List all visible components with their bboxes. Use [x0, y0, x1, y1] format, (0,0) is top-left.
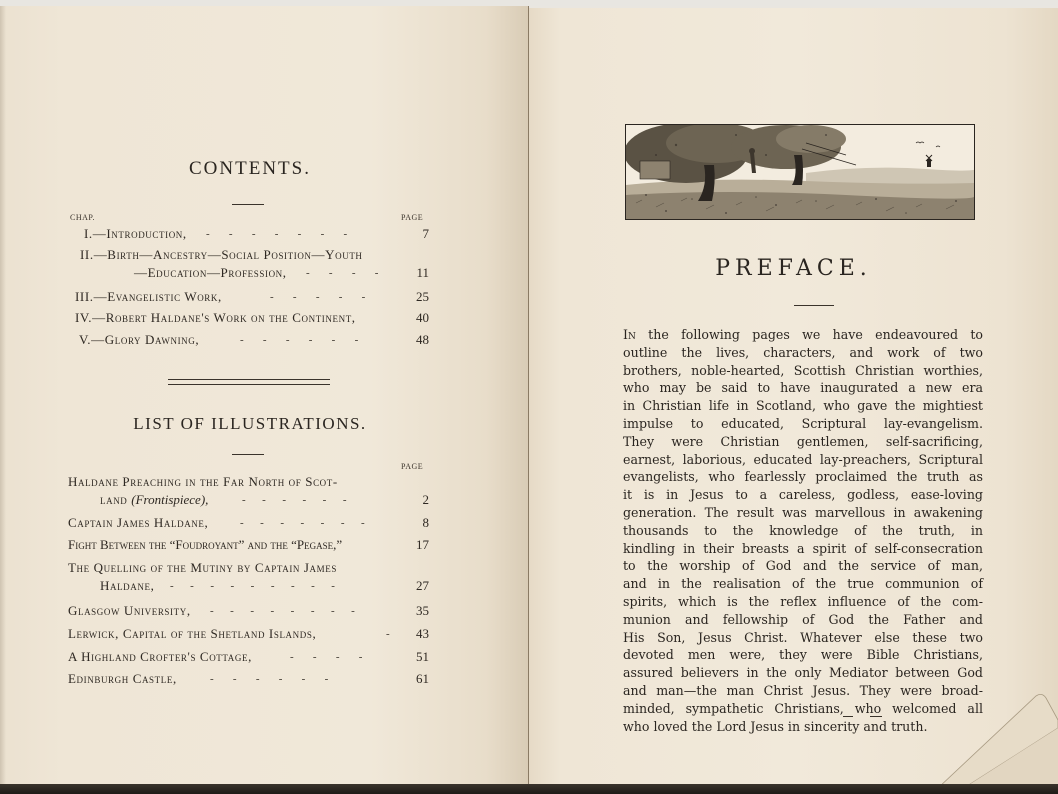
- landscape-illustration-icon: [626, 125, 974, 219]
- leader-dots: - - - -: [306, 267, 378, 279]
- preface-title: PREFACE.: [529, 256, 1058, 281]
- body-line: spirits, which is the reflex influence o…: [623, 593, 983, 611]
- illustrations-rule: [232, 454, 264, 455]
- printer-mark: [870, 716, 882, 717]
- leader-dots: - - - - -: [270, 291, 365, 303]
- illustration-title: Edinburgh Castle,: [68, 671, 177, 687]
- frontispiece-label: (Frontispiece),: [131, 492, 208, 507]
- page-edge-shadow: [0, 6, 6, 788]
- page-header: PAGE: [401, 213, 423, 222]
- leader-dots: - - - - - - -: [240, 517, 365, 529]
- landscape-engraving: [625, 124, 975, 220]
- illustration-page: 43: [399, 626, 429, 642]
- title-rule: [232, 204, 264, 205]
- illustration-title: The Quelling of the Mutiny by Captain Ja…: [68, 560, 337, 576]
- illustration-page: 35: [399, 603, 429, 619]
- illustration-title: Captain James Haldane,: [68, 515, 208, 531]
- printer-mark: [843, 716, 853, 717]
- leader-dots: -: [386, 628, 390, 640]
- illustration-title: Glasgow University,: [68, 603, 191, 619]
- illustration-page: 27: [399, 578, 429, 594]
- illustration-title: Haldane Preaching in the Far North of Sc…: [68, 474, 338, 490]
- toc-entry-page: 40: [399, 310, 429, 326]
- toc-entry-page: 11: [399, 265, 429, 281]
- body-line: devoted men were, they were Bible Christ…: [623, 646, 983, 664]
- body-line: In the following pages we have endeavour…: [623, 326, 983, 344]
- body-line: to the worship of God and the service of…: [623, 557, 983, 575]
- book-spread: CONTENTS. CHAP. PAGE I.—Introduction, - …: [0, 0, 1058, 794]
- body-line: munion and fellowship of God the Father …: [623, 611, 983, 629]
- toc-entry-title: I.—Introduction,: [84, 226, 187, 242]
- body-line: outline the lives, characters, and work …: [623, 344, 983, 362]
- preface-rule: [794, 305, 834, 306]
- illustration-page: 2: [399, 492, 429, 508]
- toc-entry-page: 7: [399, 226, 429, 242]
- leader-dots: - - - - - -: [210, 673, 328, 685]
- illustration-title-cont: land (Frontispiece),: [100, 492, 208, 508]
- leader-dots: - - - - - -: [240, 334, 358, 346]
- leader-dots: - - - -: [290, 651, 362, 663]
- toc-entry-title-cont: —Education—Profession,: [134, 265, 287, 281]
- body-line: who may be said to have inaugurated a ne…: [623, 379, 983, 397]
- body-line: assured believers in the only Mediator b…: [623, 664, 983, 682]
- illustration-page: 17: [399, 537, 429, 553]
- illustration-page: 61: [399, 671, 429, 687]
- toc-entry-title: II.—Birth—Ancestry—Social Position—Youth: [80, 247, 363, 263]
- leader-dots: - - - - - -: [242, 494, 346, 506]
- dropcap-word: In: [623, 327, 636, 342]
- contents-title: CONTENTS.: [0, 158, 500, 180]
- body-line: generation. The result was marvellous in…: [623, 504, 983, 522]
- illustration-page: 51: [399, 649, 429, 665]
- body-line: kindling in their breasts a spirit of se…: [623, 540, 983, 558]
- folded-corner-icon: [918, 688, 1058, 788]
- body-line: His Son, Jesus Christ. Whatever else the…: [623, 629, 983, 647]
- body-line: They were Christian gentlemen, self-sacr…: [623, 433, 983, 451]
- illustrations-page-header: PAGE: [401, 462, 423, 471]
- chap-header: CHAP.: [70, 213, 95, 222]
- toc-entry-title: IV.—Robert Haldane's Work on the Contine…: [75, 310, 356, 326]
- toc-entry-title: III.—Evangelistic Work,: [75, 289, 222, 305]
- body-line: thousands to the knowledge of the truth,…: [623, 522, 983, 540]
- leader-dots: - - - - - - -: [206, 228, 347, 240]
- illustration-title: Lerwick, Capital of the Shetland Islands…: [68, 626, 316, 642]
- body-line: brothers, noble-hearted, Scottish Christ…: [623, 362, 983, 380]
- body-line: earnest, laborious, educated lay-preache…: [623, 451, 983, 469]
- illustrations-title: LIST OF ILLUSTRATIONS.: [0, 414, 500, 434]
- illustration-title-cont: Haldane,: [100, 578, 154, 594]
- preface-body: In the following pages we have endeavour…: [623, 326, 983, 735]
- leader-dots: - - - - - - - -: [210, 605, 355, 617]
- illustration-title: Fight Between the “Foudroyant” and the “…: [68, 537, 342, 553]
- right-page-preface: PREFACE. In the following pages we have …: [529, 8, 1058, 788]
- body-line: in Christian life in Scotland, who gave …: [623, 397, 983, 415]
- illustration-title: A Highland Crofter's Cottage,: [68, 649, 252, 665]
- section-divider: [168, 379, 330, 385]
- toc-entry-title: V.—Glory Dawning,: [79, 332, 199, 348]
- toc-entry-page: 48: [399, 332, 429, 348]
- body-line: and in the realisation of the true commu…: [623, 575, 983, 593]
- left-page-contents: CONTENTS. CHAP. PAGE I.—Introduction, - …: [0, 6, 529, 788]
- scan-bottom-shadow: [0, 784, 1058, 794]
- body-line: evangelists, who fearlessly proclaimed t…: [623, 468, 983, 486]
- toc-entry-page: 25: [399, 289, 429, 305]
- body-line: it is in Jesus to a careless, godless, e…: [623, 486, 983, 504]
- leader-dots: - - - - - - - - -: [170, 580, 335, 592]
- illustration-page: 8: [399, 515, 429, 531]
- body-line: impulse to educated, Scriptural lay-evan…: [623, 415, 983, 433]
